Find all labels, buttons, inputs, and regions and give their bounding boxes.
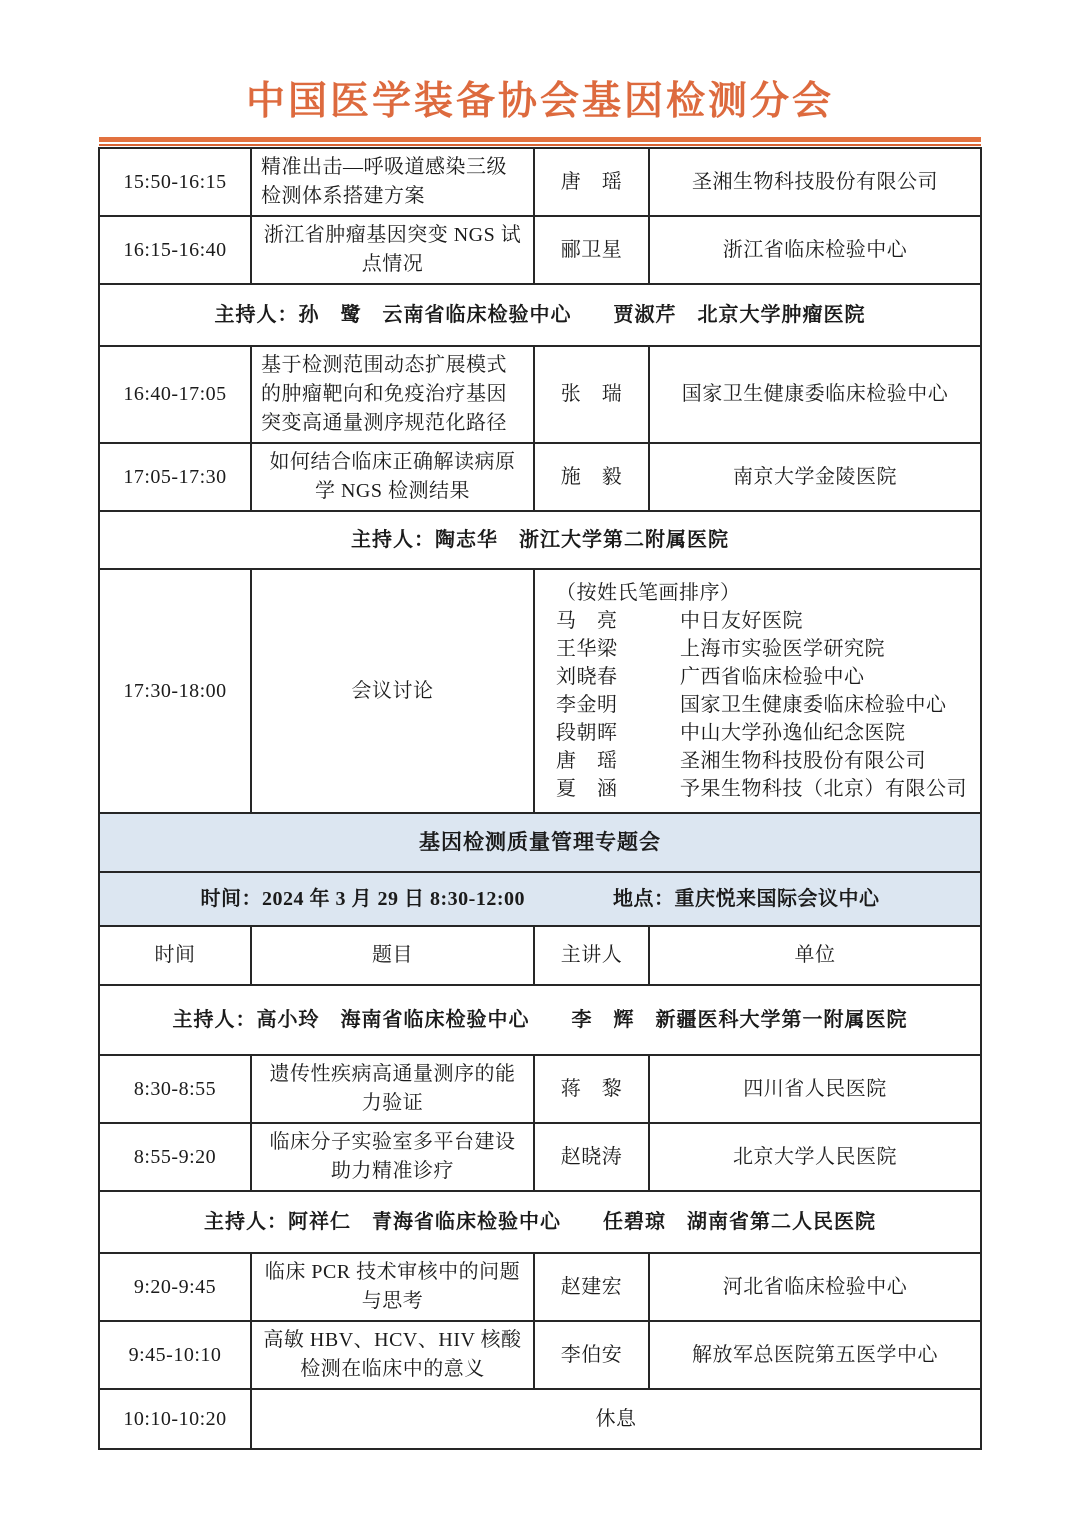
session-meta-row: 时间：2024 年 3 月 29 日 8:30-12:00 地点：重庆悦来国际会… [99,872,981,926]
break-row: 10:10-10:20 休息 [99,1389,981,1449]
topic-cell: 精准出击—呼吸道感染三级检测体系搭建方案 [251,148,534,216]
topic-cell: 临床分子实验室多平台建设助力精准诊疗 [251,1123,534,1191]
speaker-cell: 蒋 黎 [534,1055,649,1123]
time-cell: 17:05-17:30 [99,443,251,511]
time-cell: 8:55-9:20 [99,1123,251,1191]
participant-row: 马 亮中日友好医院 [556,607,974,635]
participant-row: 王华梁上海市实验医学研究院 [556,635,974,663]
org-cell: 解放军总医院第五医学中心 [649,1321,981,1389]
time-cell: 9:45-10:10 [99,1321,251,1389]
chair-text: 主持人：陶志华 浙江大学第二附属医院 [99,511,981,569]
participant-row: 段朝晖中山大学孙逸仙纪念医院 [556,719,974,747]
column-header-row: 时间 题目 主讲人 单位 [99,926,981,985]
participant-org: 予果生物科技（北京）有限公司 [680,778,967,800]
topic-cell: 如何结合临床正确解读病原学 NGS 检测结果 [251,443,534,511]
session-row: 17:05-17:30 如何结合临床正确解读病原学 NGS 检测结果 施 毅 南… [99,443,981,511]
participant-org: 广西省临床检验中心 [680,666,865,688]
speaker-cell: 唐 瑶 [534,148,649,216]
section-header-text: 基因检测质量管理专题会 [99,813,981,872]
session-time-label: 时间：2024 年 3 月 29 日 8:30-12:00 [201,885,525,914]
session-row: 9:20-9:45 临床 PCR 技术审核中的问题与思考 赵建宏 河北省临床检验… [99,1253,981,1321]
participant-org: 圣湘生物科技股份有限公司 [680,750,926,772]
time-cell: 15:50-16:15 [99,148,251,216]
participant-org: 上海市实验医学研究院 [680,638,885,660]
sort-note: （按姓氏笔画排序） [556,579,974,607]
participant-org: 中日友好医院 [680,610,803,632]
org-cell: 圣湘生物科技股份有限公司 [649,148,981,216]
session-meta: 时间：2024 年 3 月 29 日 8:30-12:00 地点：重庆悦来国际会… [109,885,971,914]
topic-cell: 高敏 HBV、HCV、HIV 核酸检测在临床中的意义 [251,1321,534,1389]
session-row: 8:30-8:55 遗传性疾病高通量测序的能力验证 蒋 黎 四川省人民医院 [99,1055,981,1123]
chair-text: 主持人：高小玲 海南省临床检验中心 李 辉 新疆医科大学第一附属医院 [99,985,981,1055]
chair-row: 主持人：孙 鹭 云南省临床检验中心 贾淑芹 北京大学肿瘤医院 [99,284,981,346]
topic-cell: 浙江省肿瘤基因突变 NGS 试点情况 [251,216,534,284]
column-header-speaker: 主讲人 [534,926,649,985]
topic-cell: 遗传性疾病高通量测序的能力验证 [251,1055,534,1123]
title-divider-thin-line [99,144,981,146]
topic-cell: 会议讨论 [251,569,534,813]
org-cell: 四川省人民医院 [649,1055,981,1123]
chair-row: 主持人：阿祥仁 青海省临床检验中心 任碧琼 湖南省第二人民医院 [99,1191,981,1253]
org-cell: 浙江省临床检验中心 [649,216,981,284]
discussion-row: 17:30-18:00 会议讨论 （按姓氏笔画排序） 马 亮中日友好医院 王华梁… [99,569,981,813]
org-cell: 河北省临床检验中心 [649,1253,981,1321]
column-header-time: 时间 [99,926,251,985]
chair-text: 主持人：阿祥仁 青海省临床检验中心 任碧琼 湖南省第二人民医院 [99,1191,981,1253]
org-cell: 南京大学金陵医院 [649,443,981,511]
speaker-cell: 郦卫星 [534,216,649,284]
session-row: 16:40-17:05 基于检测范围动态扩展模式的肿瘤靶向和免疫治疗基因突变高通… [99,346,981,443]
participant-row: 李金明国家卫生健康委临床检验中心 [556,691,974,719]
time-cell: 10:10-10:20 [99,1389,251,1449]
title-divider [99,137,981,146]
participant-name: 李金明 [556,691,680,719]
participant-name: 段朝晖 [556,719,680,747]
participant-row: 唐 瑶圣湘生物科技股份有限公司 [556,747,974,775]
org-cell: 北京大学人民医院 [649,1123,981,1191]
session-row: 9:45-10:10 高敏 HBV、HCV、HIV 核酸检测在临床中的意义 李伯… [99,1321,981,1389]
chair-row: 主持人：高小玲 海南省临床检验中心 李 辉 新疆医科大学第一附属医院 [99,985,981,1055]
chair-row: 主持人：陶志华 浙江大学第二附属医院 [99,511,981,569]
participant-name: 马 亮 [556,607,680,635]
speaker-cell: 赵建宏 [534,1253,649,1321]
column-header-topic: 题目 [251,926,534,985]
time-cell: 17:30-18:00 [99,569,251,813]
speaker-cell: 李伯安 [534,1321,649,1389]
session-row: 8:55-9:20 临床分子实验室多平台建设助力精准诊疗 赵晓涛 北京大学人民医… [99,1123,981,1191]
participant-name: 刘晓春 [556,663,680,691]
document-page: 中国医学装备协会基因检测分会 15:50-16:15 精准出击—呼吸道感染三级检… [0,0,1080,1527]
title-divider-thick-line [99,137,981,142]
session-meta-cell: 时间：2024 年 3 月 29 日 8:30-12:00 地点：重庆悦来国际会… [99,872,981,926]
column-header-org: 单位 [649,926,981,985]
time-cell: 9:20-9:45 [99,1253,251,1321]
time-cell: 8:30-8:55 [99,1055,251,1123]
chair-text: 主持人：孙 鹭 云南省临床检验中心 贾淑芹 北京大学肿瘤医院 [99,284,981,346]
topic-cell: 基于检测范围动态扩展模式的肿瘤靶向和免疫治疗基因突变高通量测序规范化路径 [251,346,534,443]
topic-cell: 临床 PCR 技术审核中的问题与思考 [251,1253,534,1321]
speaker-cell: 赵晓涛 [534,1123,649,1191]
section-header-row: 基因检测质量管理专题会 [99,813,981,872]
session-row: 15:50-16:15 精准出击—呼吸道感染三级检测体系搭建方案 唐 瑶 圣湘生… [99,148,981,216]
discussion-participants-cell: （按姓氏笔画排序） 马 亮中日友好医院 王华梁上海市实验医学研究院 刘晓春广西省… [534,569,981,813]
speaker-cell: 张 瑞 [534,346,649,443]
participant-row: 刘晓春广西省临床检验中心 [556,663,974,691]
participant-org: 国家卫生健康委临床检验中心 [680,694,947,716]
session-row: 16:15-16:40 浙江省肿瘤基因突变 NGS 试点情况 郦卫星 浙江省临床… [99,216,981,284]
agenda-table: 15:50-16:15 精准出击—呼吸道感染三级检测体系搭建方案 唐 瑶 圣湘生… [98,147,982,1450]
session-location-label: 地点：重庆悦来国际会议中心 [613,885,880,914]
org-cell: 国家卫生健康委临床检验中心 [649,346,981,443]
break-label-cell: 休息 [251,1389,981,1449]
time-cell: 16:40-17:05 [99,346,251,443]
conference-title: 中国医学装备协会基因检测分会 [0,0,1080,126]
speaker-cell: 施 毅 [534,443,649,511]
participant-name: 唐 瑶 [556,747,680,775]
participant-name: 王华梁 [556,635,680,663]
participant-name: 夏 涵 [556,775,680,803]
participant-row: 夏 涵予果生物科技（北京）有限公司 [556,775,974,803]
time-cell: 16:15-16:40 [99,216,251,284]
participant-org: 中山大学孙逸仙纪念医院 [680,722,906,744]
